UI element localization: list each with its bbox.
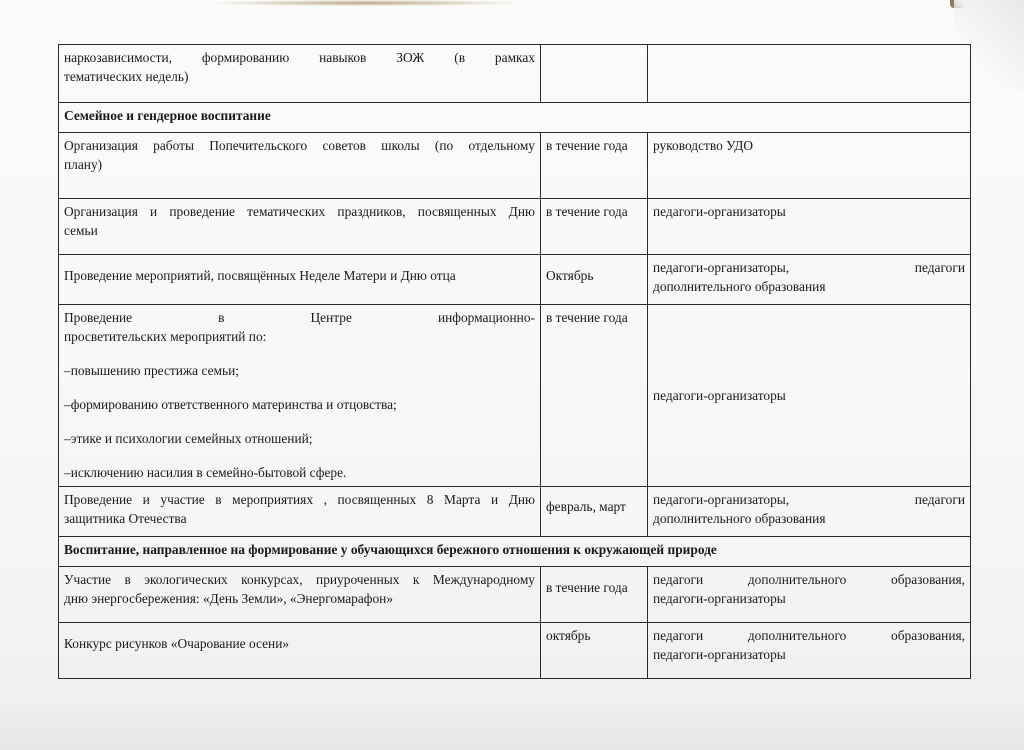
page-bottom-shadow [0,700,1024,750]
table-row: Участие в экологических конкурсах, приур… [59,567,971,623]
activity-text: Проведение мероприятий, посвящённых Неде… [64,266,535,285]
responsible-text: дополнительного образования [653,277,965,296]
activity-text: Организация работы Попечительского совет… [64,136,535,155]
activity-cell: Проведение мероприятий, посвящённых Неде… [59,255,541,305]
list-item: –формированию ответственного материнства… [64,395,535,414]
table-row: Конкурс рисунков «Очарование осени» октя… [59,623,971,679]
responsible-cell: педагоги дополнительного образования, пе… [648,567,971,623]
responsible-text: педагоги дополнительного образования, [653,626,965,645]
activity-cell: Участие в экологических конкурсах, приур… [59,567,541,623]
activity-cell: Организация работы Попечительского совет… [59,133,541,199]
term-cell: в течение года [541,567,648,623]
activity-text: дню энергосбережения: «День Земли», «Эне… [64,589,535,608]
table-row: Проведение в Центре информационно- просв… [59,305,971,487]
section-header-row: Воспитание, направленное на формирование… [59,537,971,567]
responsible-text: педагоги-организаторы [653,645,965,664]
term-cell: в течение года [541,133,648,199]
responsible-text: педагоги дополнительного образования, [653,570,965,589]
table-row-continued: наркозависимости, формированию навыков З… [59,45,971,103]
activity-text: тематических недель) [64,67,535,86]
activity-cell: Организация и проведение тематических пр… [59,199,541,255]
term-cell: в течение года [541,305,648,487]
activity-cell: Проведение в Центре информационно- просв… [59,305,541,487]
section-header-row: Семейное и гендерное воспитание [59,103,971,133]
list-item: –исключению насилия в семейно-бытовой сф… [64,463,535,482]
activity-text: Проведение и участие в мероприятиях , по… [64,490,535,509]
responsible-text: педагоги-организаторы, педагоги [653,490,965,509]
list-item: –этике и психологии семейных отношений; [64,429,535,448]
responsible-cell: педагоги-организаторы [648,199,971,255]
table-row: Проведение и участие в мероприятиях , по… [59,487,971,537]
responsible-text: дополнительного образования [653,509,965,528]
section-title-nature: Воспитание, направленное на формирование… [59,537,971,567]
responsible-cell [648,45,971,103]
activity-text: Организация и проведение тематических пр… [64,202,535,221]
table-row: Организация и проведение тематических пр… [59,199,971,255]
responsible-cell: руководство УДО [648,133,971,199]
term-cell: февраль, март [541,487,648,537]
activity-text: просветительских мероприятий по: [64,327,535,346]
activity-text: Участие в экологических конкурсах, приур… [64,570,535,589]
table-row: Организация работы Попечительского совет… [59,133,971,199]
activity-cell: Проведение и участие в мероприятиях , по… [59,487,541,537]
term-cell: октябрь [541,623,648,679]
activity-cell: наркозависимости, формированию навыков З… [59,45,541,103]
activity-text: семьи [64,221,535,240]
activity-plan-table: наркозависимости, формированию навыков З… [58,44,971,679]
responsible-cell: педагоги-организаторы, педагоги дополнит… [648,487,971,537]
responsible-text: педагоги-организаторы [653,589,965,608]
scanned-page: наркозависимости, формированию навыков З… [0,0,1024,750]
activity-text: наркозависимости, формированию навыков З… [64,48,535,67]
activity-text: Конкурс рисунков «Очарование осени» [64,634,535,653]
responsible-text: педагоги-организаторы, педагоги [653,258,965,277]
term-cell: в течение года [541,199,648,255]
term-cell [541,45,648,103]
section-title-family: Семейное и гендерное воспитание [59,103,971,133]
term-cell: Октябрь [541,255,648,305]
activity-text: плану) [64,155,535,174]
responsible-cell: педагоги-организаторы, педагоги дополнит… [648,255,971,305]
activity-cell: Конкурс рисунков «Очарование осени» [59,623,541,679]
responsible-cell: педагоги дополнительного образования, пе… [648,623,971,679]
activity-text: защитника Отечества [64,509,535,528]
page-top-shadow [215,0,515,6]
responsible-cell: педагоги-организаторы [648,305,971,487]
list-item: –повышению престижа семьи; [64,361,535,380]
table-row: Проведение мероприятий, посвящённых Неде… [59,255,971,305]
activity-text: Проведение в Центре информационно- [64,308,535,327]
